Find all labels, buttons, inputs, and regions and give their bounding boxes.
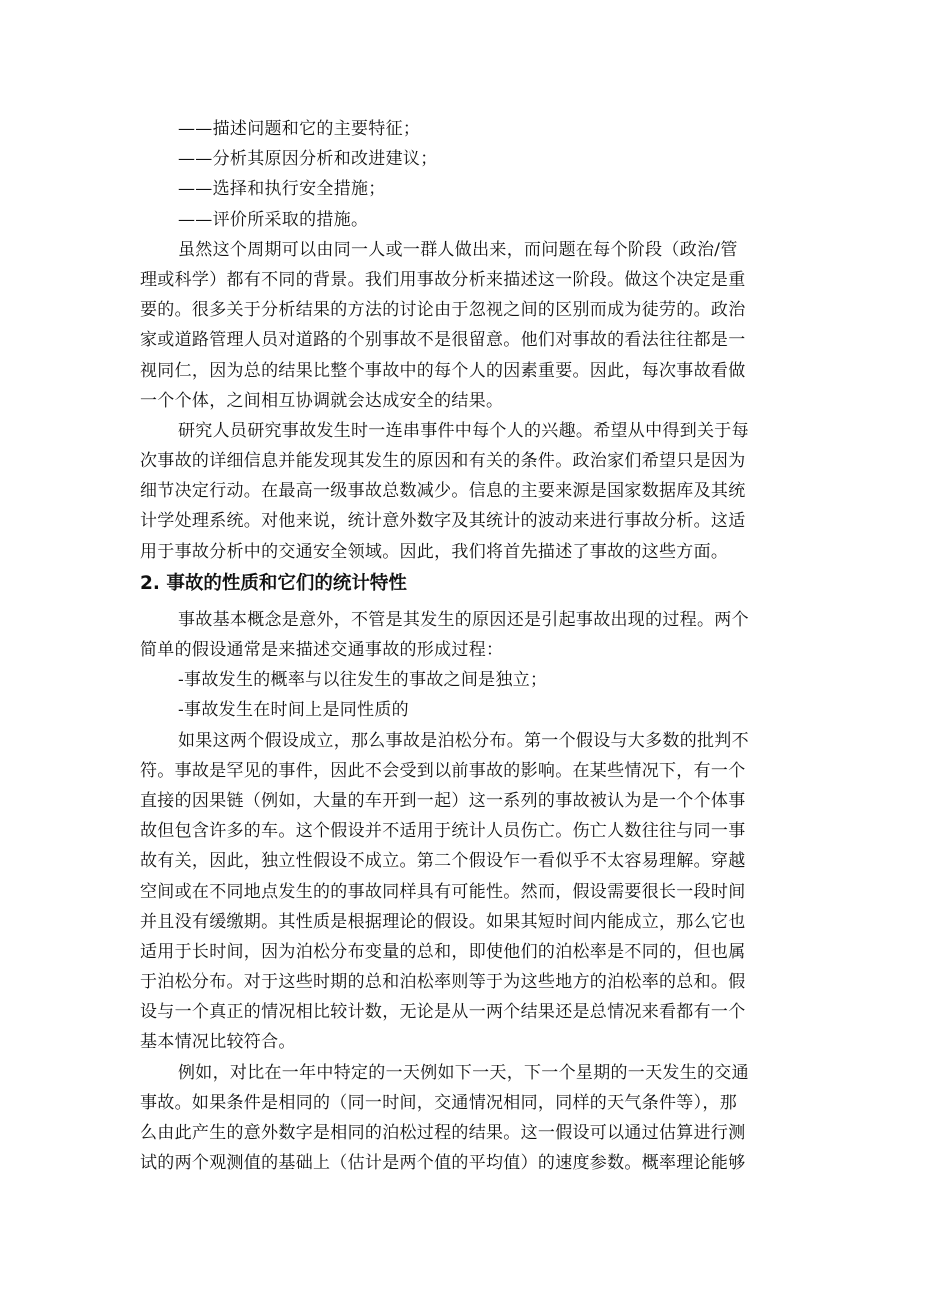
text-line: 用于事故分析中的交通安全领域。因此，我们将首先描述了事故的这些方面。 xyxy=(140,537,795,567)
text-line: 细节决定行动。在最高一级事故总数减少。信息的主要来源是国家数据库及其统 xyxy=(140,476,795,506)
text-line: 故但包含许多的车。这个假设并不适用于统计人员伤亡。伤亡人数往往与同一事 xyxy=(140,816,795,846)
paragraph-researchers: 研究人员研究事故发生时一连串事件中每个人的兴趣。希望从中得到关于每 次事故的详细… xyxy=(140,416,795,567)
list-item: ——分析其原因分析和改进建议； xyxy=(140,144,795,174)
paragraph-cycle-stages: 虽然这个周期可以由同一人或一群人做出来，而问题在每个阶段（政治/管 理或科学）都… xyxy=(140,235,795,416)
text-line: 么由此产生的意外数字是相同的泊松过程的结果。这一假设可以通过估算进行测 xyxy=(140,1118,795,1148)
text-line: 如果这两个假设成立，那么事故是泊松分布。第一个假设与大多数的批判不 xyxy=(140,726,795,756)
text-line: 试的两个观测值的基础上（估计是两个值的平均值）的速度参数。概率理论能够 xyxy=(140,1148,795,1178)
text-line: 直接的因果链（例如，大量的车开到一起）这一系列的事故被认为是一个个体事 xyxy=(140,786,795,816)
text-line: 家或道路管理人员对道路的个别事故不是很留意。他们对事故的看法往往都是一 xyxy=(140,325,795,355)
document-page: ——描述问题和它的主要特征； ——分析其原因分析和改进建议； ——选择和执行安全… xyxy=(140,114,795,1178)
text-line: 空间或在不同地点发生的的事故同样具有可能性。然而，假设需要很长一段时间 xyxy=(140,877,795,907)
text-line: 例如，对比在一年中特定的一天例如下一天，下一个星期的一天发生的交通 xyxy=(140,1058,795,1088)
text-line: 于泊松分布。对于这些时期的总和泊松率则等于为这些地方的泊松率的总和。假 xyxy=(140,967,795,997)
text-line: 符。事故是罕见的事件，因此不会受到以前事故的影响。在某些情况下，有一个 xyxy=(140,756,795,786)
intro-list: ——描述问题和它的主要特征； ——分析其原因分析和改进建议； ——选择和执行安全… xyxy=(140,114,795,235)
text-line: 一个个体，之间相互协调就会达成安全的结果。 xyxy=(140,386,795,416)
list-item: ——描述问题和它的主要特征； xyxy=(140,114,795,144)
list-item: -事故发生的概率与以往发生的事故之间是独立； xyxy=(140,665,795,695)
text-line: 次事故的详细信息并能发现其发生的原因和有关的条件。政治家们希望只是因为 xyxy=(140,446,795,476)
text-line: 事故基本概念是意外，不管是其发生的原因还是引起事故出现的过程。两个 xyxy=(140,605,795,635)
list-item: ——评价所采取的措施。 xyxy=(140,205,795,235)
text-line: 故有关，因此，独立性假设不成立。第二个假设乍一看似乎不太容易理解。穿越 xyxy=(140,846,795,876)
text-line: 研究人员研究事故发生时一连串事件中每个人的兴趣。希望从中得到关于每 xyxy=(140,416,795,446)
text-line: 基本情况比较符合。 xyxy=(140,1027,795,1057)
text-line: 计学处理系统。对他来说，统计意外数字及其统计的波动来进行事故分析。这适 xyxy=(140,506,795,536)
text-line: 并且没有缓缴期。其性质是根据理论的假设。如果其短时间内能成立，那么它也 xyxy=(140,907,795,937)
paragraph-poisson: 如果这两个假设成立，那么事故是泊松分布。第一个假设与大多数的批判不 符。事故是罕… xyxy=(140,726,795,1058)
paragraph-example: 例如，对比在一年中特定的一天例如下一天，下一个星期的一天发生的交通 事故。如果条… xyxy=(140,1058,795,1179)
assumptions-list: -事故发生的概率与以往发生的事故之间是独立； -事故发生在时间上是同性质的 xyxy=(140,665,795,725)
text-line: 简单的假设通常是来描述交通事故的形成过程： xyxy=(140,635,795,665)
section-heading: 2. 事故的性质和它们的统计特性 xyxy=(140,567,795,605)
text-line: 理或科学）都有不同的背景。我们用事故分析来描述这一阶段。做这个决定是重 xyxy=(140,265,795,295)
text-line: 虽然这个周期可以由同一人或一群人做出来，而问题在每个阶段（政治/管 xyxy=(140,235,795,265)
paragraph-basic-concept: 事故基本概念是意外，不管是其发生的原因还是引起事故出现的过程。两个 简单的假设通… xyxy=(140,605,795,665)
text-line: 设与一个真正的情况相比较计数，无论是从一两个结果还是总情况来看都有一个 xyxy=(140,997,795,1027)
list-item: ——选择和执行安全措施； xyxy=(140,174,795,204)
text-line: 适用于长时间，因为泊松分布变量的总和，即使他们的泊松率是不同的，但也属 xyxy=(140,937,795,967)
text-line: 要的。很多关于分析结果的方法的讨论由于忽视之间的区别而成为徒劳的。政治 xyxy=(140,295,795,325)
text-line: 事故。如果条件是相同的（同一时间，交通情况相同，同样的天气条件等），那 xyxy=(140,1088,795,1118)
text-line: 视同仁，因为总的结果比整个事故中的每个人的因素重要。因此，每次事故看做 xyxy=(140,356,795,386)
list-item: -事故发生在时间上是同性质的 xyxy=(140,695,795,725)
